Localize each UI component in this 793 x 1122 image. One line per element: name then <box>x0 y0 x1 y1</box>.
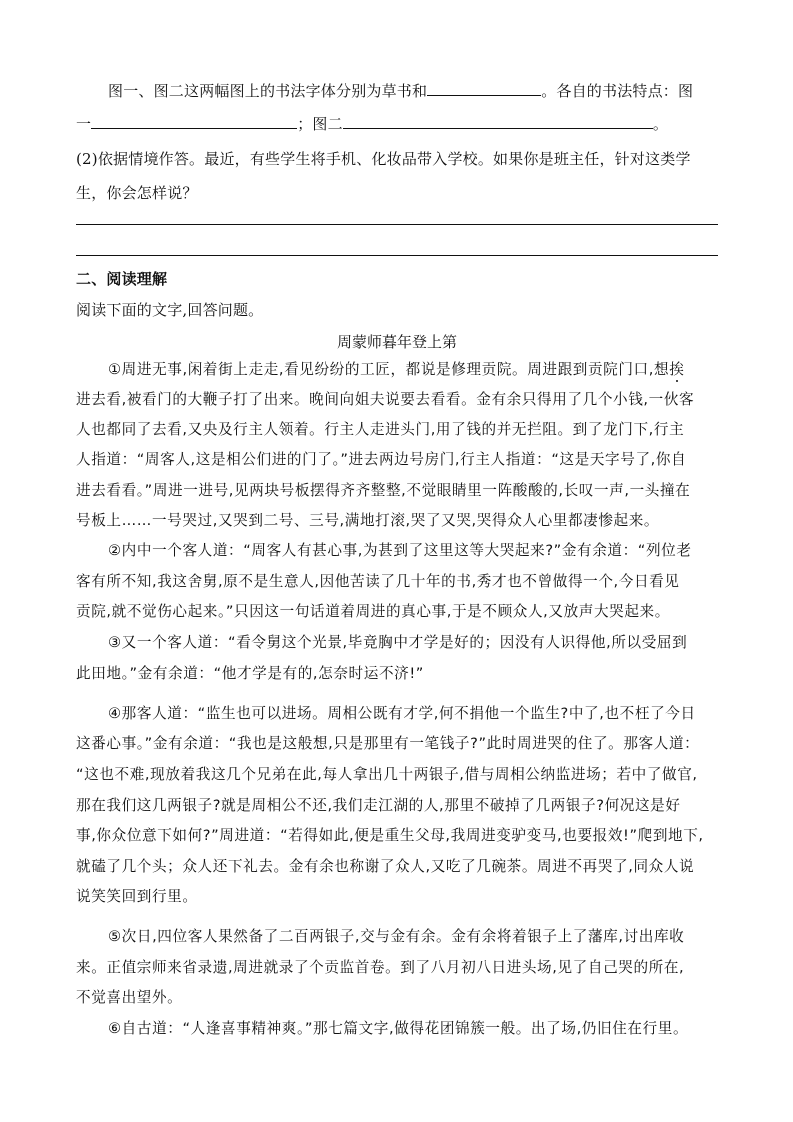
answer-blank-figure-2[interactable] <box>343 114 653 129</box>
answer-blank-figure-1[interactable] <box>91 114 297 129</box>
passage-line: 就磕了几个头；众人还下礼去。金有余也称谢了众人,又吃了几碗茶。周进不再哭了,同众… <box>76 857 694 877</box>
passage-line: 号板上……一号哭过,又哭到二号、三号,满地打滚,哭了又哭,哭得众人心里都凄惨起来… <box>76 511 659 531</box>
passage-title: 周蒙师暮年登上第 <box>76 332 718 352</box>
question-text: 图一、图二这两幅图上的书法字体分别为草书和 <box>108 82 427 100</box>
question-text: 。各自的书法特点：图 <box>541 82 693 100</box>
passage-line: 进去看看。”周进一进号,见两块号板摆得齐齐整整,不觉眼睛里一阵酸酸的,长叹一声,… <box>76 481 690 501</box>
passage-line: ③又一个客人道：“看令舅这个光景,毕竟胸中才学是好的；因没有人识得他,所以受屈到 <box>76 633 687 653</box>
passage-line: ④那客人道：“监生也可以进场。周相公既有才学,何不捐他一个监生?中了,也不枉了今… <box>76 704 696 724</box>
question-scenario-line-2: 生，你会怎样说？ <box>76 183 198 203</box>
passage-line: 人也都同了去看,又央及行主人领着。行主人走进头门,用了钱的并无拦阻。到了龙门下,… <box>76 420 684 440</box>
passage-line: 此田地。”金有余道：“他才学是有的,怎奈时运不济!” <box>76 664 424 684</box>
emphasis-dot-char: 挨 <box>669 361 684 378</box>
passage-line: 客有所不知,我这舍舅,原不是生意人,因他苦读了几十年的书,秀才也不曾做得一个,今… <box>76 572 680 592</box>
passage-line: “这也不难,现放着我这几个兄弟在此,每人拿出几十两银子,借与周相公纳监进场；若中… <box>76 765 698 785</box>
answer-blank-font[interactable] <box>427 81 541 96</box>
passage-line: ①周进无事,闲着街上走走,看见纷纷的工匠，都说是修理贡院。周进跟到贡院门口,想挨 <box>76 360 684 380</box>
passage-line: 贡院,就不觉伤心起来。”只因这一句话道着周进的真心事,于是不顾众人,又放声大哭起… <box>76 602 670 622</box>
question-calligraphy-line-1: 图一、图二这两幅图上的书法字体分别为草书和。各自的书法特点：图 <box>76 81 693 101</box>
question-scenario-line-1: (2)依据情境作答。最近，有些学生将手机、化妆品带入学校。如果你是班主任，针对这… <box>76 149 691 169</box>
passage-line: 事,你众位意下如何?”周进道：“若得如此,便是重生父母,我周进变驴变马,也要报效… <box>76 826 704 846</box>
question-text: 一 <box>76 115 91 133</box>
passage-line: ②内中一个客人道：“周客人有甚心事,为甚到了这里这等大哭起来?”金有余道：“列位… <box>76 541 692 561</box>
section-heading: 二、阅读理解 <box>76 269 167 289</box>
question-calligraphy-line-2: 一；图二。 <box>76 114 668 134</box>
passage-line: 那在我们这几两银子?就是周相公不还,我们走江湖的人,那里不破掉了几两银子?何况这… <box>76 796 681 816</box>
passage-line: 说笑笑回到行里。 <box>76 887 198 907</box>
passage-line: 来。正值宗师来省录遗,周进就录了个贡监首卷。到了八月初八日进头场,见了自己哭的所… <box>76 958 684 978</box>
passage-line: 不觉喜出望外。 <box>76 988 182 1008</box>
section-instruction: 阅读下面的文字,回答问题。 <box>76 300 263 320</box>
answer-line-2[interactable] <box>76 255 718 256</box>
question-text: ；图二 <box>297 115 343 133</box>
answer-line-1[interactable] <box>76 224 718 225</box>
passage-line: 进去看,被看门的大鞭子打了出来。晚间向姐夫说要去看看。金有余只得用了几个小钱,一… <box>76 390 694 410</box>
question-text: 。 <box>653 115 668 133</box>
passage-line: ⑥自古道：“人逢喜事精神爽。”那七篇文字,做得花团锦簇一般。出了场,仍旧住在行里… <box>76 1019 688 1039</box>
passage-line: 人指道：“周客人,这是相公们进的门了。”进去两边号房门,行主人指道：“这是天字号… <box>76 450 686 470</box>
passage-line: 这番心事。”金有余道：“我也是这般想,只是那里有一笔钱子?”此时周进哭的住了。那… <box>76 734 699 754</box>
passage-line: ⑤次日,四位客人果然备了二百两银子,交与金有余。金有余将着银子上了藩库,讨出库收 <box>76 927 684 947</box>
